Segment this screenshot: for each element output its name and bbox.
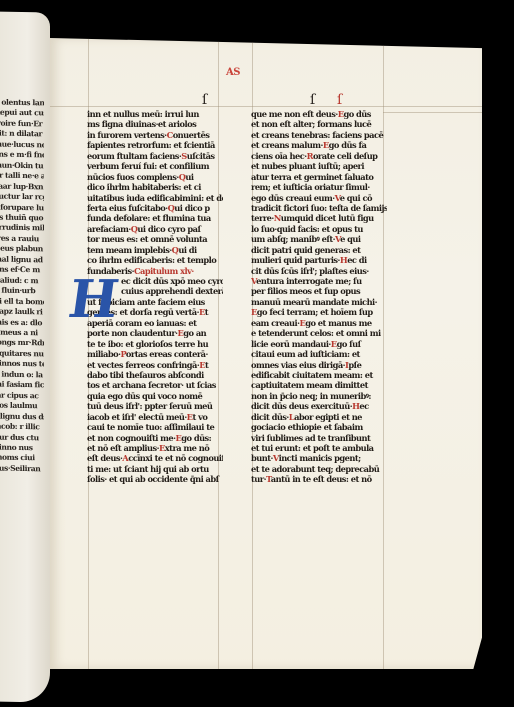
text-line: ciens oīa hec·Rorate celi deſup <box>251 151 387 161</box>
text-line: dicit patri quid generas: et <box>251 245 387 255</box>
ruling-line <box>383 112 482 113</box>
text-line: in furorem vertens·Conuertēs <box>87 130 223 140</box>
text-segment: et nō eſt amplius· <box>87 443 159 453</box>
text-segment: rem; et iuſticia oriatur ſimul· <box>251 182 370 192</box>
text-line: et te adorabunt teq; deprecabū <box>251 464 387 474</box>
text-line: atur terra et germinet ſaluato <box>251 172 387 182</box>
manuscript-leaf: AS ſ ſ ſ inn et nullus meū: irrui lunms … <box>50 38 482 669</box>
text-segment: fapientes retrorfum: et fcientiā <box>87 140 215 150</box>
text-line: inn et nullus meū: irrui lun <box>87 109 223 119</box>
ascender-flourish: ſ <box>202 92 207 108</box>
text-segment: go feci terram; et hoīem ſup <box>257 307 373 317</box>
text-segment: co ihrlm edificaberis: et templo <box>87 255 216 265</box>
text-segment: t vo <box>192 412 207 422</box>
text-segment: tur· <box>251 474 266 484</box>
text-line: ego dūs creaui eum·Ve qui cō <box>251 193 387 203</box>
text-line: ui ell ta bome <box>0 296 44 307</box>
text-line: arrudinis mil <box>0 223 44 234</box>
text-line: nūcios fuos complens·Qui <box>87 172 223 182</box>
text-line: tradicit fictori ſuo: teſta de ſamijs <box>251 203 387 213</box>
text-segment: ego dūs creaui eum· <box>251 193 335 203</box>
text-line: s forupare lul <box>0 202 44 213</box>
text-line: ms figna diuinas·et ariolos <box>87 119 223 129</box>
text-line: eam creaui·Ego et manus me <box>251 318 387 328</box>
text-segment: et non eſt alter; formans lucē <box>251 119 371 129</box>
text-line: rem; et iuſticia oriatur ſimul· <box>251 182 387 192</box>
rubricated-capital: N <box>274 213 281 223</box>
text-line: auctur lar rcgu <box>0 192 44 203</box>
text-line: bunt·Vincti manicis pgent; <box>251 453 387 463</box>
text-line: citaui eum ad iuſticiam: et <box>251 349 387 359</box>
text-line: ti me: ut ſciant hij qui ab ortu <box>87 464 223 474</box>
text-segment: entura interrogate me; ſu <box>256 276 361 286</box>
text-segment: verbum feruí fui: et confilium <box>87 161 209 171</box>
text-segment: e qui <box>340 234 360 244</box>
text-line: ur talli ne·e a <box>0 171 44 182</box>
decorated-initial: H <box>65 275 112 325</box>
text-line: fnoms ciui <box>0 453 44 464</box>
text-segment: t <box>205 360 208 370</box>
rubric-chapter-heading: Capitulum xlv· <box>134 266 194 276</box>
text-line: Ventura interrogate me; ſu <box>251 276 387 286</box>
text-segment: mulieri quid parturis· <box>251 255 340 265</box>
text-segment: go an <box>183 328 206 338</box>
text-segment: incti manicis pgent; <box>279 453 361 463</box>
text-segment: et tui erunt: et poſt te ambula <box>251 443 374 453</box>
text-line: uns ef·Ce m <box>0 265 44 276</box>
text-line: lo ſuo·quid facis: et opus tu <box>251 224 387 234</box>
text-segment: uitatibus iuda edificabimini: et de <box>87 193 223 203</box>
text-line: et creans tenebras: faciens pacē <box>251 130 387 140</box>
text-segment: go dūs: <box>181 433 211 443</box>
text-line: tur·Tantū in te eſt deus: et nō <box>251 474 387 484</box>
text-line: mis es a: dlo <box>0 317 44 328</box>
running-header: AS <box>226 67 240 78</box>
text-segment: ferta eius fuſcitabo· <box>87 203 168 213</box>
text-line: gociacio ethiopie et ſabaim <box>251 422 387 432</box>
text-segment: ſolis· et qui ab occidente q̄ni abſ <box>87 474 219 484</box>
text-segment: et creans tenebras: faciens pacē <box>251 130 383 140</box>
text-line: tor meus es: et omnē volunta <box>87 234 223 244</box>
text-line: ferta eius fuſcitabo·Qui dico p <box>87 203 223 213</box>
text-segment: et non cognouiſti me· <box>87 433 175 443</box>
text-line: fapientes retrorfum: et fcientiā <box>87 140 223 150</box>
text-segment: ui dico p <box>174 203 209 213</box>
text-line: caui te nomīe tuo: aſſimilaui te <box>87 422 223 432</box>
text-segment: citaui eum ad iuſticiam: et <box>251 349 360 359</box>
text-segment: per filios meos et ſup opus <box>251 286 360 296</box>
text-segment: go dūs fa <box>329 140 367 150</box>
text-line: dus·Seiliran <box>0 463 44 474</box>
text-segment: et creans malum· <box>251 140 323 150</box>
text-line: s meus a ni <box>0 327 44 338</box>
text-line: mal lignu ad <box>0 254 44 265</box>
text-segment: licie eorū mandaui· <box>251 339 331 349</box>
text-segment: orate celi deſup <box>313 151 378 161</box>
text-line: edificabit ciuitatem meam: et <box>251 370 387 380</box>
text-line: eorum ftultam faciens·Suſcitās <box>87 151 223 161</box>
text-line: tem meam implebis·Qui di <box>87 245 223 255</box>
text-segment: dico ihrlm habitaberis: et ci <box>87 182 201 192</box>
text-line: Repui aut cus <box>0 108 44 119</box>
text-segment: cit dūs ſcūs iſrl'; plaſtes eius· <box>251 266 369 276</box>
text-line: viri ſublimes ad te tranſibunt <box>251 433 387 443</box>
text-line: cit dūs ſcūs iſrl'; plaſtes eius· <box>251 266 387 276</box>
facing-page: h olentus lanRepui aut cusfroire fun·Erd… <box>0 12 50 703</box>
text-line: nquitares nul <box>0 348 44 359</box>
text-line: iacob et iſrl' electū meū·Et vo <box>87 412 223 422</box>
text-line: dico ihrlm habitaberis: et ci <box>87 182 223 192</box>
text-line: pinnos nus te <box>0 359 44 370</box>
text-line: co ihrlm edificaberis: et templo <box>87 255 223 265</box>
text-segment: ciens oīa hec· <box>251 151 307 161</box>
text-line: dicit dūs·Labor egipti et ne <box>251 412 387 422</box>
text-segment: te te ibo: et glorioſos terre hu <box>87 339 208 349</box>
text-segment: xtra me nō <box>165 443 209 453</box>
text-line: uitatibus iuda edificabimini: et de <box>87 193 223 203</box>
text-line: iacob: r illic <box>0 422 44 433</box>
text-segment: ec di <box>347 255 366 265</box>
text-line: h olentus lan <box>0 98 44 109</box>
text-line: ans e m·fi fnc <box>0 150 44 161</box>
text-line: caar lup·Bxn r <box>0 181 44 192</box>
text-segment: miliabo· <box>87 349 120 359</box>
text-segment: dicit dūs deus exercituū· <box>251 401 352 411</box>
text-segment: tor meus es: et omnē volunta <box>87 234 207 244</box>
text-segment: ec dicit dūs xpō meo cyro <box>121 276 223 286</box>
text-line: et nō eſt amplius·Extra me nō <box>87 443 223 453</box>
text-segment: eam creaui· <box>251 318 299 328</box>
text-segment: e qui cō <box>340 193 372 203</box>
text-segment: funda defolare: et flumina tua <box>87 213 211 223</box>
text-line: ns thuiñ quo <box>0 212 44 223</box>
text-segment: bunt· <box>251 453 273 463</box>
text-line: arefaciam·Qui dico cyro paſ <box>87 224 223 234</box>
text-segment: arefaciam· <box>87 224 131 234</box>
text-line: um abſq; manibꝰ eſt·Ve qui <box>251 234 387 244</box>
text-line: et creans malum·Ego dūs fa <box>251 140 387 150</box>
text-line: te te ibo: et glorioſos terre hu <box>87 339 223 349</box>
text-line: miliabo·Portas ereas conterā· <box>87 349 223 359</box>
text-line: r lignu dus ds <box>0 411 44 422</box>
text-segment: manuū mearū mandate michi· <box>251 297 377 307</box>
text-line: mi fasiam fic <box>0 380 44 391</box>
text-segment: eorum ftultam faciens· <box>87 151 181 161</box>
text-line: tres a rauiu <box>0 233 44 244</box>
text-segment: go ſuſ <box>337 339 361 349</box>
text-line: froire fun·Er <box>0 118 44 129</box>
text-line: e tetenderunt celos: et omni mi <box>251 328 387 338</box>
text-line: manuū mearū mandate michi· <box>251 297 387 307</box>
text-segment: ms figna diuinas·et ariolos <box>87 119 196 129</box>
text-line: hur dus ctu <box>0 432 44 443</box>
text-segment: um abſq; manibꝰ eſt· <box>251 234 335 244</box>
text-line: tos et archana ſecretor· ut ſcias <box>87 380 223 390</box>
text-line: verbum feruí fui: et confilium <box>87 161 223 171</box>
text-line: mue·lucus nc <box>0 139 44 150</box>
text-segment: in furorem vertens· <box>87 130 167 140</box>
text-line: omnes vias eius dirigā·Ipſe <box>251 360 387 370</box>
text-line: mun·Okin tu <box>0 160 44 171</box>
text-segment: inn et nullus meū: irrui lun <box>87 109 199 119</box>
ascender-flourish-red: ſ <box>337 92 342 108</box>
text-segment: onuertēs <box>173 130 210 140</box>
text-line: captiuitatem meam dimittet <box>251 380 387 390</box>
text-line: et non cognouiſti me·Ego dūs: <box>87 433 223 443</box>
text-line: r aliud: c m <box>0 275 44 286</box>
text-segment: edificabit ciuitatem meam: et <box>251 370 373 380</box>
text-column-right: que me non eſt deus·Ego dūset non eſt al… <box>251 109 387 485</box>
text-segment: dabo tibi theſauros abſcondi <box>87 370 204 380</box>
text-segment: go et manus me <box>305 318 371 328</box>
text-line: dit: n dilatar <box>0 129 44 140</box>
text-segment: dicit dūs· <box>251 412 289 422</box>
text-segment: uſcitās <box>187 151 215 161</box>
text-line: non in p̄cio neq; in muneribꝰ: <box>251 391 387 401</box>
text-segment: abor egipti et ne <box>294 412 362 422</box>
text-segment: pſe <box>348 360 361 370</box>
facing-page-text: h olentus lanRepui aut cusfroire fun·Erd… <box>0 98 44 475</box>
text-segment: captiuitatem meam dimittet <box>251 380 368 390</box>
text-line: hapz laulk ri <box>0 307 44 318</box>
text-line: mulieri quid parturis·Hec di <box>251 255 387 265</box>
text-segment: ui dico cyro paſ <box>137 224 200 234</box>
text-line: que me non eſt deus·Ego dūs <box>251 109 387 119</box>
text-line: per filios meos et ſup opus <box>251 286 387 296</box>
ascender-flourish: ſ <box>310 92 315 108</box>
ruling-line <box>50 106 482 107</box>
text-segment: tos et archana ſecretor· ut ſcias <box>87 380 216 390</box>
text-line: dinno nus <box>0 442 44 453</box>
text-segment: t <box>205 307 208 317</box>
text-segment: tuū deus iſrl': ppter ſeruū meū <box>87 401 212 411</box>
text-line: quia ego dūs qui voco nomē <box>87 391 223 401</box>
text-line: n indun o: la <box>0 369 44 380</box>
text-line: nos laulmu <box>0 401 44 412</box>
text-segment: viri ſublimes ad te tranſibunt <box>251 433 370 443</box>
text-segment: cuius apprehendi dexterā <box>121 286 223 296</box>
text-segment: omnes vias eius dirigā· <box>251 360 345 370</box>
text-segment: terre· <box>251 213 274 223</box>
text-segment: eſt deus· <box>87 453 122 463</box>
text-segment: dicit patri quid generas: et <box>251 245 360 255</box>
text-line: n fluin·urb <box>0 286 44 297</box>
text-line: funda defolare: et flumina tua <box>87 213 223 223</box>
text-segment: tem meam implebis· <box>87 245 172 255</box>
text-line: fongs mr·Rdr <box>0 338 44 349</box>
text-line: ſolis· et qui ab occidente q̄ni abſ <box>87 474 223 484</box>
text-segment: et nubes pluant iuſtū; aperi <box>251 161 364 171</box>
text-segment: ec <box>359 401 368 411</box>
text-segment: nūcios fuos complens· <box>87 172 179 182</box>
text-line: terre·Numquid dicet lutū figu <box>251 213 387 223</box>
text-line: s eus plabun <box>0 244 44 255</box>
text-line: Ego feci terram; et hoīem ſup <box>251 307 387 317</box>
text-line: eſt deus·Accīnxi te et nō cognouiſ <box>87 453 223 463</box>
text-segment: ti me: ut ſciant hij qui ab ortu <box>87 464 209 474</box>
text-line: et tui erunt: et poſt te ambula <box>251 443 387 453</box>
text-line: dicit dūs deus exercituū·Hec <box>251 401 387 411</box>
text-line: lar cipus ac <box>0 390 44 401</box>
text-segment: umquid dicet lutū figu <box>281 213 374 223</box>
text-segment: caui te nomīe tuo: aſſimilaui te <box>87 422 214 432</box>
text-segment: quia ego dūs qui voco nomē <box>87 391 202 401</box>
text-segment: que me non eſt deus· <box>251 109 338 119</box>
text-segment: go dūs <box>343 109 370 119</box>
text-segment: et vectes ferreos confringā· <box>87 360 199 370</box>
text-segment: ui <box>185 172 193 182</box>
text-segment: ui di <box>178 245 196 255</box>
text-line: licie eorū mandaui·Ego ſuſ <box>251 339 387 349</box>
text-line: et vectes ferreos confringā·Et <box>87 360 223 370</box>
text-segment: ortas ereas conterā· <box>126 349 208 359</box>
text-segment: lo ſuo·quid facis: et opus tu <box>251 224 363 234</box>
text-line: dabo tibi theſauros abſcondi <box>87 370 223 380</box>
text-segment: non in p̄cio neq; in muneribꝰ: <box>251 391 371 401</box>
text-line: et non eſt alter; formans lucē <box>251 119 387 129</box>
text-line: tuū deus iſrl': ppter ſeruū meū <box>87 401 223 411</box>
text-segment: ccīnxi te et nō cognouiſ <box>128 453 223 463</box>
text-line: et nubes pluant iuſtū; aperi <box>251 161 387 171</box>
text-segment: iacob et iſrl' electū meū· <box>87 412 187 422</box>
text-segment: e tetenderunt celos: et omni mi <box>251 328 381 338</box>
text-segment: et te adorabunt teq; deprecabū <box>251 464 379 474</box>
text-segment: atur terra et germinet ſaluato <box>251 172 373 182</box>
text-segment: antū in te eſt deus: et nō <box>271 474 372 484</box>
text-segment: gociacio ethiopie et ſabaim <box>251 422 363 432</box>
text-segment: tradicit fictori ſuo: teſta de ſamijs <box>251 203 387 213</box>
